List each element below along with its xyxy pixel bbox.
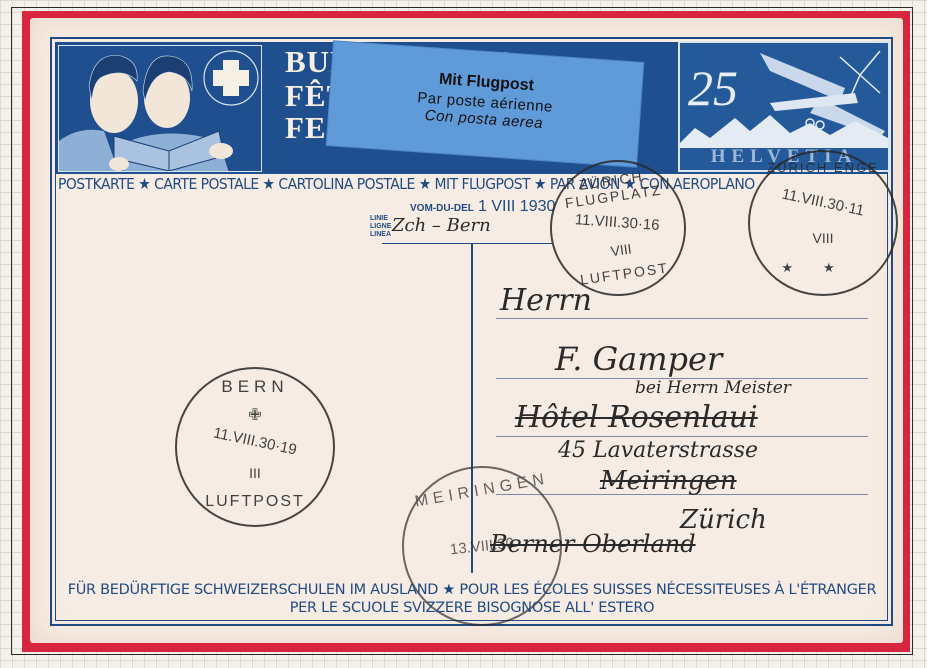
address-care-of: bei Herrn Meister	[635, 378, 791, 398]
postmark-stars: ★★	[750, 260, 896, 276]
address-street: 45 Lavaterstrasse	[558, 438, 758, 463]
footer-line-1: FÜR BEDÜRFTIGE SCHWEIZERSCHULEN IM AUSLA…	[56, 582, 888, 598]
route-handwritten: Zch – Bern	[392, 215, 491, 236]
children-reading-illustration	[58, 45, 262, 172]
postmark-date: 11.VIII.30·11	[750, 179, 896, 226]
postmark-code: VIII	[750, 230, 896, 246]
address-rule-1	[496, 318, 868, 319]
postmark-date: 13.VIII.30	[404, 530, 561, 563]
address-hotel-struck: Hôtel Rosenlaui	[515, 400, 758, 435]
postmark-date: 11.VIII.30·16	[551, 209, 684, 235]
stamp-value-glyph: 25	[688, 60, 738, 116]
footer-line-2: PER LE SCUOLE SVIZZERE BISOGNOSE ALL' ES…	[56, 600, 888, 616]
children-reading-icon	[59, 46, 262, 172]
postmark-town: BERN	[177, 377, 333, 397]
route-vom-du-del: VOM-DU-DEL	[410, 203, 474, 214]
postmark-code: III	[177, 465, 333, 481]
card-subtitle: POSTKARTE ★ CARTE POSTALE ★ CARTOLINA PO…	[58, 175, 805, 193]
route-underline	[382, 243, 552, 244]
address-name: F. Gamper	[555, 340, 722, 378]
postage-stamp: 25 HELVETIA	[678, 41, 890, 172]
postmark-zurich-enge: ZÜRICH ENGE 11.VIII.30·11 VIII ★★	[748, 150, 898, 296]
postmark-town: ZÜRICH ENGE	[750, 160, 896, 175]
address-salutation: Herrn	[500, 283, 592, 318]
route-date: 1 VIII 1930	[478, 198, 555, 216]
route-labels: LINIE LIGNE LINEA	[370, 215, 391, 239]
address-town-struck: Meiringen	[600, 466, 737, 496]
postmark-bern-luftpost: BERN ✙ 11.VIII.30·19 III LUFTPOST	[175, 367, 335, 527]
address-rule-3	[496, 436, 868, 437]
postmark-bottom: LUFTPOST	[177, 493, 333, 511]
airmail-etiquette: Mit Flugpost Par poste aérienne Con post…	[327, 41, 643, 166]
